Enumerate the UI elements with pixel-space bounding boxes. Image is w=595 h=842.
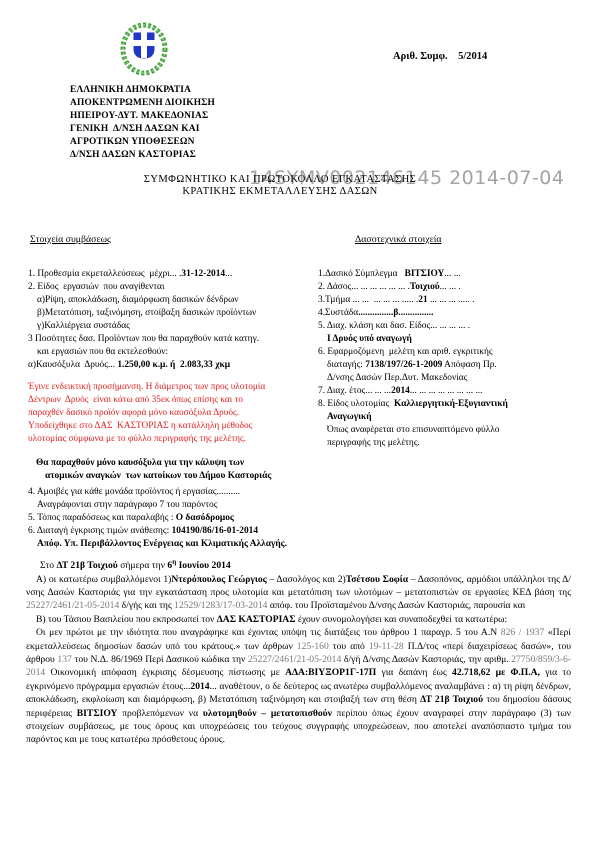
document-title: ΣΥΜΦΩΝΗΤΙΚΟ ΚΑΙ ΠΡΩΤΟΚΟΛΛΟ ΕΓΚΑΤΑΣΤΑΣΗΣ … [0,174,560,198]
document-title-line1: ΣΥΜΦΩΝΗΤΙΚΟ ΚΑΙ ΠΡΩΤΟΚΟΛΛΟ ΕΓΚΑΤΑΣΤΑΣΗΣ [0,174,560,186]
text-line: 2. Είδος εργασιών που αναγίθενται [28,281,328,294]
protocol-number: Αριθ. Συμφ. 5/2014 [393,51,487,62]
text-line: ΑΓΡΟΤΙΚΩΝ ΥΠΟΘΕΣΕΩΝ [70,136,215,149]
text-line: β)Μετατόπιση, ταξινόμηση, στοίβαξη δασικ… [28,307,328,320]
text-line: α)Καυσόξυλα Δρυός... 1.250,00 κ.μ. ή 2.0… [28,359,328,372]
document-title-line2: ΚΡΑΤΙΚΗΣ ΕΚΜΕΤΑΛΛΕΥΣΗΣ ΔΑΣΩΝ [0,186,560,198]
text-line: Στο ΔΤ 21β Τοιχιού σήμερα την 6η Ιουνίου… [26,556,571,573]
text-line: διαταγής: 7138/197/26-1-2009 Απόφαση Πρ. [318,359,588,372]
text-line: Δ/νσης Δασών Περ.Δυτ. Μακεδονίας [318,372,588,385]
contract-details-header: Στοιχεία συμβάσεως [30,234,111,245]
text-line: 2. Δάσος... ... ... ... ... ... .Τοιχιού… [318,281,588,294]
text-line: Δέντρων Δρυός είναι κάτω από 35εκ όπως ε… [28,394,328,407]
text-line: Β) του Τάσιου Βασιλείου που εκπροσωπεί τ… [26,613,571,626]
text-line: α)Ρίψη, αποκλάδωση, διαμόρφωση δασικών δ… [28,294,328,307]
agency-header: ΕΛΛΗΝΙΚΗ ΔΗΜΟΚΡΑΤΙΑΑΠΟΚΕΝΤΡΩΜΕΝΗ ΔΙΟΙΚΗΣ… [70,84,215,162]
text-line: ΑΠΟΚΕΝΤΡΩΜΕΝΗ ΔΙΟΙΚΗΣΗ [70,97,215,110]
text-line: και εργασιών που θα εκτελεσθούν: [28,346,328,359]
text-line: 6. Διαταγή έγκρισης τιμών ανάθεσης: 1041… [28,525,328,538]
text-line: γ)Καλλιέργεια συστάδας [28,320,328,333]
text-line: ΗΠΕΙΡΟΥ-ΔΥΤ. ΜΑΚΕΔΟΝΙΑΣ [70,110,215,123]
text-line: 8. Είδος υλοτομίας Καλλιεργητική-Εξυγιαν… [318,398,588,411]
text-line: 3 Ποσότητες δασ. Προϊόντων που θα παραχθ… [28,333,328,346]
text-line: Ι Δρυός υπό αναγωγή [318,333,588,346]
red-annotation-note: Έγινε ενδεικτική προσήμανση. Η διάμετρος… [28,381,328,446]
text-line: 6. Εφαρμοζόμενη μελέτη και αριθ. εγκριτι… [318,346,588,359]
text-line: περιγραφής της μελέτης. [318,437,588,450]
text-line: 5. Διαχ. κλάση και δασ. Είδος... ... ...… [318,320,588,333]
forestry-details-header: Δασοτεχνικά στοιχεία [355,234,442,245]
text-line: 4. Αμοιβές για κάθε μονάδα προϊόντος ή ε… [28,486,328,499]
text-line: Απόφ. Υπ. Περιβάλλοντος Ενέργειας και Κλ… [28,538,328,551]
contract-details-list: 1. Προθεσμία εκμεταλλεύσεως μέχρι... .31… [28,268,328,372]
text-line: 1.Δασικό Σύμπλεγμα ΒΙΤΣΙΟΥ... ... [318,268,588,281]
text-line: Αναγωγική [318,411,588,424]
greek-coat-of-arms-icon [114,22,174,78]
text-line: 4.Συστάδα...............β............... [318,307,588,320]
text-line: παραχθέν δασικό προϊόν αφορά μόνο καυσόξ… [28,407,328,420]
text-line: Οι μεν πρώτοι με την ιδιότητα που αναγρά… [26,626,571,747]
text-line: 1. Προθεσμία εκμεταλλεύσεως μέχρι... .31… [28,268,328,281]
text-line: ατομικών αναγκών των κατοίκων του Δήμου … [36,470,336,483]
text-line: 7. Διαχ. έτος... ... ...2014... ... ... … [318,385,588,398]
agreement-body: Στο ΔΤ 21β Τοιχιού σήμερα την 6η Ιουνίου… [26,556,571,747]
forestry-details-list: 1.Δασικό Σύμπλεγμα ΒΙΤΣΙΟΥ... ...2. Δάσο… [318,268,588,450]
text-line: Έγινε ενδεικτική προσήμανση. Η διάμετρος… [28,381,328,394]
text-line: Δ/ΝΣΗ ΔΑΣΩΝ ΚΑΣΤΟΡΙΑΣ [70,149,215,162]
text-line: Όπως αναφέρεται στο επισυναπτόμενο φύλλο [318,424,588,437]
text-line: υλοτομίας σύμφωνα με το φύλλο περιγραφής… [28,433,328,446]
text-line: 5. Τόπος παραδόσεως και παραλαβής : Ο δα… [28,512,328,525]
document-page: ΕΛΛΗΝΙΚΗ ΔΗΜΟΚΡΑΤΙΑΑΠΟΚΕΝΤΡΩΜΕΝΗ ΔΙΟΙΚΗΣ… [0,0,595,842]
text-line: ΓΕΝΙΚΗ Δ/ΝΣΗ ΔΑΣΩΝ ΚΑΙ [70,123,215,136]
contract-details-list-2: 4. Αμοιβές για κάθε μονάδα προϊόντος ή ε… [28,486,328,551]
text-line: ΕΛΛΗΝΙΚΗ ΔΗΜΟΚΡΑΤΙΑ [70,84,215,97]
text-line: Θα παραχθούν μόνο καυσόξυλα για την κάλυ… [36,457,336,470]
firewood-note: Θα παραχθούν μόνο καυσόξυλα για την κάλυ… [36,457,336,483]
text-line: Υποδείχθηκε στο ΔΑΣ ΚΑΣΤΟΡΙΑΣ η κατάλληλ… [28,420,328,433]
text-line: 3.Τμήμα ... ... ... ... ... ..... .21 ..… [318,294,588,307]
text-line: Αναγράφονται στην παράγραφο 7 του παρόντ… [28,499,328,512]
text-line: Α) οι κατωτέρω συμβαλλόμενοι 1)Ντερόπουλ… [26,573,571,613]
